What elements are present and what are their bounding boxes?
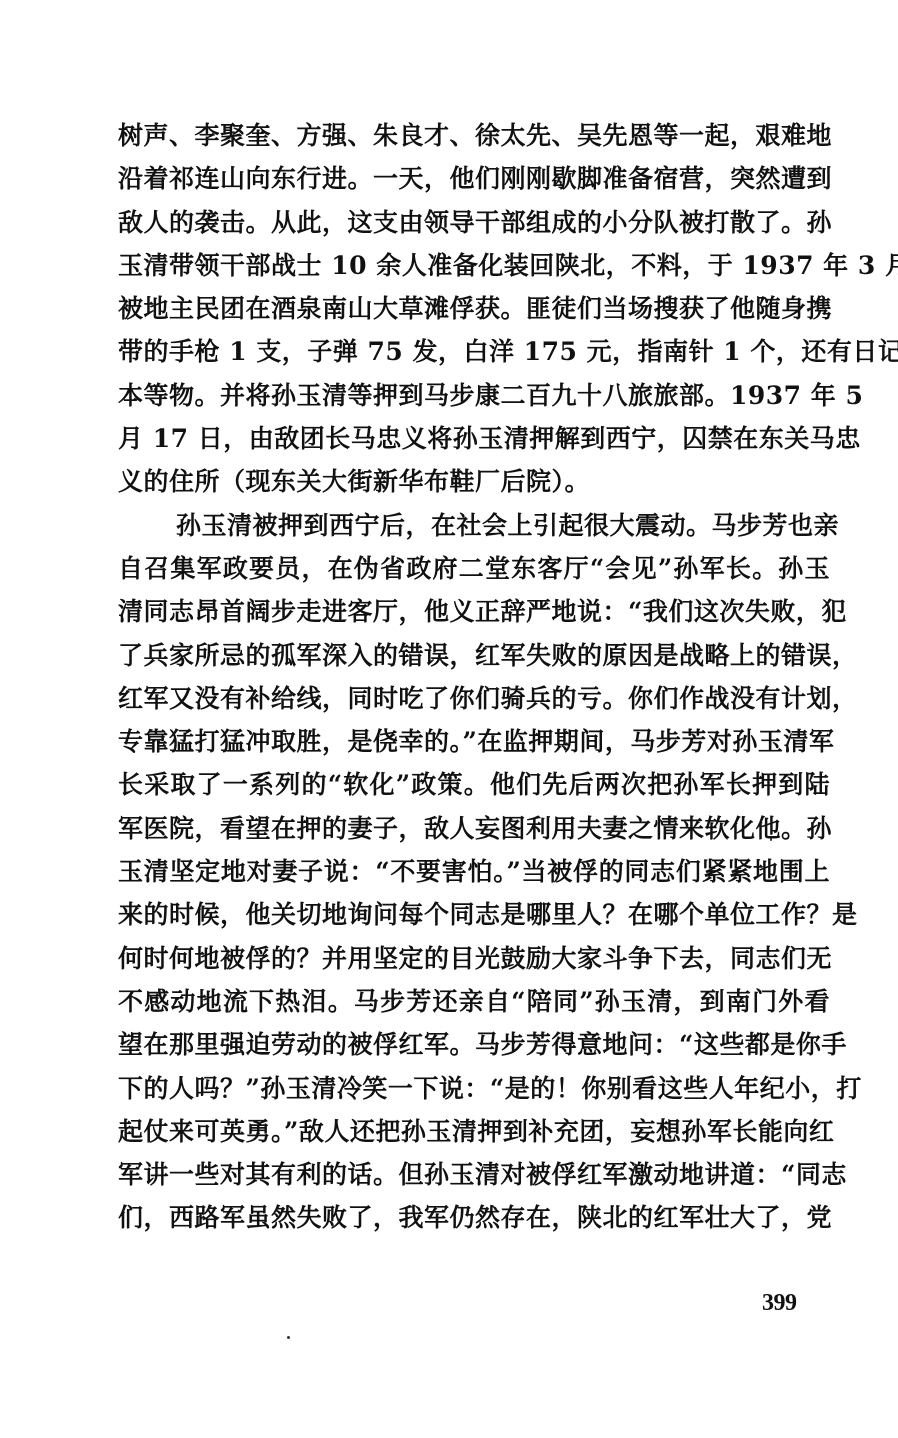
body-text: 树声、李聚奎、方强、朱良才、徐太先、吴先恩等一起，艰难地 沿着祁连山向东行进。一…	[118, 114, 830, 1240]
scan-speck	[770, 838, 772, 841]
text-line: 军讲一些对其有利的话。但孙玉清对被俘红军激动地讲道：“同志	[118, 1153, 830, 1196]
text-line: 玉清坚定地对妻子说：“不要害怕。”当被俘的同志们紧紧地围上	[118, 850, 830, 893]
text-line: 孙玉清被押到西宁后，在社会上引起很大震动。马步芳也亲	[118, 504, 830, 547]
text-line: 军医院，看望在押的妻子，敌人妄图利用夫妻之情来软化他。孙	[118, 807, 830, 850]
text-line: 不感动地流下热泪。马步芳还亲自“陪同”孙玉清，到南门外看	[118, 980, 830, 1023]
text-line: 下的人吗？”孙玉清冷笑一下说：“是的！你别看这些人年纪小，打	[118, 1067, 830, 1110]
text-line: 玉清带领干部战士 10 余人准备化装回陕北，不料，于 1937 年 3 月	[118, 244, 830, 287]
text-line: 何时何地被俘的？并用坚定的目光鼓励大家斗争下去，同志们无	[118, 937, 830, 980]
scan-speck	[287, 1336, 290, 1339]
text-line: 红军又没有补给线，同时吃了你们骑兵的亏。你们作战没有计划，	[118, 677, 830, 720]
text-line: 长采取了一系列的“软化”政策。他们先后两次把孙军长押到陆	[118, 763, 830, 806]
book-page: 树声、李聚奎、方强、朱良才、徐太先、吴先恩等一起，艰难地 沿着祁连山向东行进。一…	[0, 0, 898, 1438]
text-line: 月 17 日，由敌团长马忠义将孙玉清押解到西宁，囚禁在东关马忠	[118, 417, 830, 460]
text-line: 专靠猛打猛冲取胜，是侥幸的。”在监押期间，马步芳对孙玉清军	[118, 720, 830, 763]
text-line: 沿着祁连山向东行进。一天，他们刚刚歇脚准备宿营，突然遭到	[118, 157, 830, 200]
text-line: 们，西路军虽然失败了，我军仍然存在，陕北的红军壮大了，党	[118, 1196, 830, 1239]
text-line: 带的手枪 1 支，子弹 75 发，白洋 175 元，指南针 1 个，还有日记	[118, 330, 830, 373]
text-line: 自召集军政要员，在伪省政府二堂东客厅“会见”孙军长。孙玉	[118, 547, 830, 590]
text-line: 来的时候，他关切地询问每个同志是哪里人？在哪个单位工作？是	[118, 893, 830, 936]
page-number: 399	[762, 1290, 797, 1317]
text-line: 被地主民团在酒泉南山大草滩俘获。匪徒们当场搜获了他随身携	[118, 287, 830, 330]
text-line: 清同志昂首阔步走进客厅，他义正辞严地说：“我们这次失败，犯	[118, 590, 830, 633]
text-line: 了兵家所忌的孤军深入的错误，红军失败的原因是战略上的错误，	[118, 634, 830, 677]
text-line: 义的住所（现东关大街新华布鞋厂后院）。	[118, 460, 830, 503]
text-line: 本等物。并将孙玉清等押到马步康二百九十八旅旅部。1937 年 5	[118, 374, 830, 417]
text-line: 敌人的袭击。从此，这支由领导干部组成的小分队被打散了。孙	[118, 201, 830, 244]
text-line: 树声、李聚奎、方强、朱良才、徐太先、吴先恩等一起，艰难地	[118, 114, 830, 157]
text-line: 望在那里强迫劳动的被俘红军。马步芳得意地问：“这些都是你手	[118, 1023, 830, 1066]
text-line: 起仗来可英勇。”敌人还把孙玉清押到补充团，妄想孙军长能向红	[118, 1110, 830, 1153]
